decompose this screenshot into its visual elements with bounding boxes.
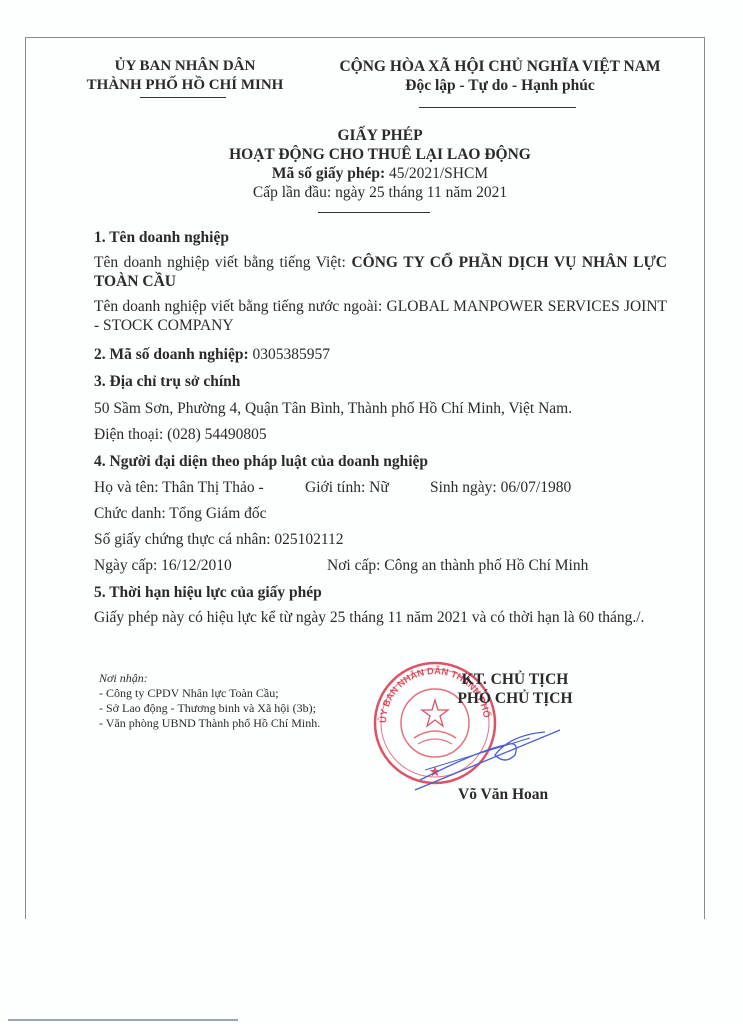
national-header: CỘNG HÒA XÃ HỘI CHỦ NGHĨA VIỆT NAM Độc l… <box>320 57 680 95</box>
vn-name-row: Tên doanh nghiệp viết bằng tiếng Việt: C… <box>94 253 667 291</box>
rep-gender: Giới tính: Nữ <box>305 478 389 497</box>
signature-title-2: PHÓ CHỦ TỊCH <box>430 689 600 708</box>
motto-underline <box>419 107 576 108</box>
foreign-name-label: Tên doanh nghiệp viết bằng tiếng nước ng… <box>94 298 387 315</box>
section-1: 1. Tên doanh nghiệp Tên doanh nghiệp viế… <box>94 228 667 335</box>
recipients: Nơi nhận: - Công ty CPDV Nhân lực Toàn C… <box>99 671 320 731</box>
rep-id-issue-place: Nơi cấp: Công an thành phố Hồ Chí Minh <box>327 556 588 575</box>
license-label: Mã số giấy phép: <box>272 165 385 182</box>
address: 50 Sầm Sơn, Phường 4, Quận Tân Bình, Thà… <box>94 399 572 418</box>
issuing-authority: ỦY BAN NHÂN DÂN THÀNH PHỐ HỒ CHÍ MINH <box>85 57 285 95</box>
section-5-heading: 5. Thời hạn hiệu lực của giấy phép <box>94 583 322 602</box>
section-1-heading: 1. Tên doanh nghiệp <box>94 228 667 247</box>
enterprise-code: 0305385957 <box>249 346 330 363</box>
signature-title-1: KT. CHỦ TỊCH <box>430 670 600 689</box>
title-line-2: HOẠT ĐỘNG CHO THUÊ LẠI LAO ĐỘNG <box>200 145 560 164</box>
validity-text: Giấy phép này có hiệu lực kể từ ngày 25 … <box>94 608 667 627</box>
signature-block: KT. CHỦ TỊCH PHÓ CHỦ TỊCH <box>430 670 600 708</box>
license-number: Mã số giấy phép: 45/2021/SHCM <box>200 164 560 183</box>
recipient-item: - Công ty CPDV Nhân lực Toàn Cầu; <box>99 686 320 701</box>
authority-line-1: ỦY BAN NHÂN DÂN <box>85 57 285 76</box>
section-4-heading: 4. Người đại diện theo pháp luật của doa… <box>94 452 428 471</box>
authority-line-2: THÀNH PHỐ HỒ CHÍ MINH <box>85 76 285 95</box>
national-title: CỘNG HÒA XÃ HỘI CHỦ NGHĨA VIỆT NAM <box>320 57 680 76</box>
rep-dob: Sinh ngày: 06/07/1980 <box>430 478 571 497</box>
section-3-heading: 3. Địa chỉ trụ sở chính <box>94 372 240 391</box>
recipient-item: - Văn phòng UBND Thành phố Hồ Chí Minh. <box>99 716 320 731</box>
recipients-label: Nơi nhận: <box>99 671 320 686</box>
page-edge <box>8 1019 238 1021</box>
recipient-item: - Sở Lao động - Thương binh và Xã hội (3… <box>99 701 320 716</box>
rep-name: Họ và tên: Thân Thị Thảo - <box>94 478 264 497</box>
rep-id: Số giấy chứng thực cá nhân: 025102112 <box>94 530 344 549</box>
title-line-1: GIẤY PHÉP <box>200 126 560 145</box>
signer-name: Võ Văn Hoan <box>458 786 548 804</box>
issue-date: Cấp lần đầu: ngày 25 tháng 11 năm 2021 <box>200 183 560 202</box>
document-title: GIẤY PHÉP HOẠT ĐỘNG CHO THUÊ LẠI LAO ĐỘN… <box>200 126 560 202</box>
section-2-heading: 2. Mã số doanh nghiệp: <box>94 346 249 363</box>
title-divider <box>318 212 430 213</box>
vn-name-label: Tên doanh nghiệp viết bằng tiếng Việt: <box>94 254 351 271</box>
national-motto: Độc lập - Tự do - Hạnh phúc <box>320 76 680 95</box>
authority-underline <box>140 97 226 98</box>
license-value: 45/2021/SHCM <box>385 165 488 182</box>
rep-id-issue-date: Ngày cấp: 16/12/2010 <box>94 556 232 575</box>
foreign-name-row: Tên doanh nghiệp viết bằng tiếng nước ng… <box>94 297 667 335</box>
rep-position: Chức danh: Tổng Giám đốc <box>94 504 267 523</box>
phone: Điện thoại: (028) 54490805 <box>94 425 267 444</box>
section-2: 2. Mã số doanh nghiệp: 0305385957 <box>94 345 330 364</box>
